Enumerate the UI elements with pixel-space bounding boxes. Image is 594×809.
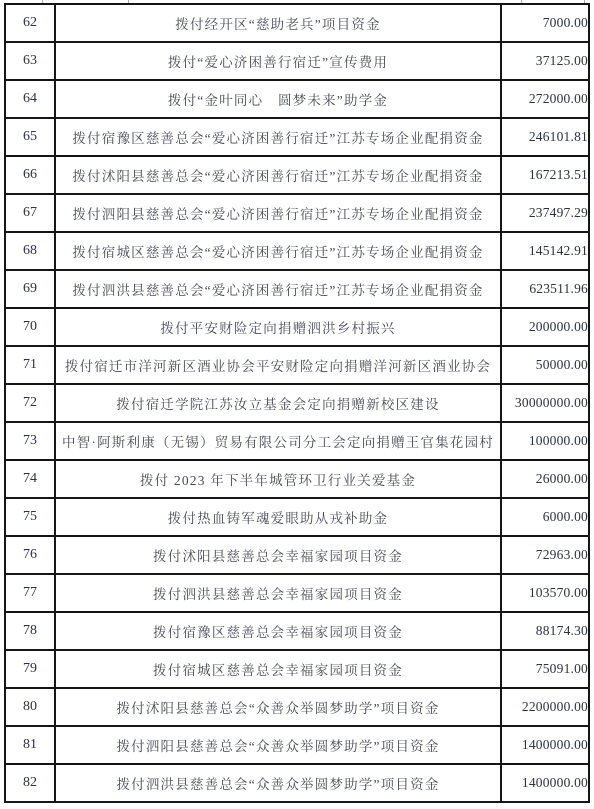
row-amount: 167213.51 <box>501 156 589 194</box>
row-serial-number: 63 <box>5 42 55 80</box>
row-amount: 237497.29 <box>501 194 589 232</box>
row-amount: 6000.00 <box>501 498 589 536</box>
row-description: 拨付平安财险定向捐赠泗洪乡村振兴 <box>55 308 501 346</box>
row-amount: 7000.00 <box>501 4 589 42</box>
scanned-document-page: 62 拨付经开区“慈助老兵”项目资金 7000.00 63 拨付“爱心济困善行宿… <box>0 0 594 809</box>
row-description: 拨付热血铸军魂爱眼助从戎补助金 <box>55 498 501 536</box>
row-amount: 100000.00 <box>501 422 589 460</box>
row-amount: 272000.00 <box>501 80 589 118</box>
row-description: 拨付 2023 年下半年城管环卫行业关爱基金 <box>55 460 501 498</box>
row-description: 拨付宿迁学院江苏汝立基金会定向捐赠新校区建设 <box>55 384 501 422</box>
row-serial-number: 68 <box>5 232 55 270</box>
row-serial-number: 74 <box>5 460 55 498</box>
row-amount: 2200000.00 <box>501 688 589 726</box>
table-row: 82 拨付泗洪县慈善总会“众善众举圆梦助学”项目资金 1400000.00 <box>5 764 589 802</box>
table-row: 78 拨付宿豫区慈善总会幸福家园项目资金 88174.30 <box>5 612 589 650</box>
row-serial-number: 75 <box>5 498 55 536</box>
row-description: 拨付宿豫区慈善总会幸福家园项目资金 <box>55 612 501 650</box>
row-description: 拨付泗阳县慈善总会“爱心济困善行宿迁”江苏专场企业配捐资金 <box>55 194 501 232</box>
row-amount: 88174.30 <box>501 612 589 650</box>
row-serial-number: 64 <box>5 80 55 118</box>
table-row: 64 拨付“金叶同心 圆梦未来”助学金 272000.00 <box>5 80 589 118</box>
table-row: 72 拨付宿迁学院江苏汝立基金会定向捐赠新校区建设 30000000.00 <box>5 384 589 422</box>
row-amount: 145142.91 <box>501 232 589 270</box>
row-serial-number: 72 <box>5 384 55 422</box>
table-row: 66 拨付沭阳县慈善总会“爱心济困善行宿迁”江苏专场企业配捐资金 167213.… <box>5 156 589 194</box>
row-description: 中智·阿斯利康（无锡）贸易有限公司分工会定向捐赠王官集花园村 <box>55 422 501 460</box>
row-description: 拨付泗洪县慈善总会“爱心济困善行宿迁”江苏专场企业配捐资金 <box>55 270 501 308</box>
row-amount: 75091.00 <box>501 650 589 688</box>
row-description: 拨付泗洪县慈善总会幸福家园项目资金 <box>55 574 501 612</box>
row-amount: 246101.81 <box>501 118 589 156</box>
row-serial-number: 80 <box>5 688 55 726</box>
row-description: 拨付“金叶同心 圆梦未来”助学金 <box>55 80 501 118</box>
row-amount: 103570.00 <box>501 574 589 612</box>
row-description: 拨付沭阳县慈善总会幸福家园项目资金 <box>55 536 501 574</box>
row-description: 拨付沭阳县慈善总会“爱心济困善行宿迁”江苏专场企业配捐资金 <box>55 156 501 194</box>
table-row: 67 拨付泗阳县慈善总会“爱心济困善行宿迁”江苏专场企业配捐资金 237497.… <box>5 194 589 232</box>
row-serial-number: 67 <box>5 194 55 232</box>
row-description: 拨付泗阳县慈善总会“众善众举圆梦助学”项目资金 <box>55 726 501 764</box>
row-serial-number: 62 <box>5 4 55 42</box>
row-amount: 623511.96 <box>501 270 589 308</box>
row-serial-number: 78 <box>5 612 55 650</box>
table-row: 68 拨付宿城区慈善总会“爱心济困善行宿迁”江苏专场企业配捐资金 145142.… <box>5 232 589 270</box>
table-row: 75 拨付热血铸军魂爱眼助从戎补助金 6000.00 <box>5 498 589 536</box>
table-row: 69 拨付泗洪县慈善总会“爱心济困善行宿迁”江苏专场企业配捐资金 623511.… <box>5 270 589 308</box>
table-row: 79 拨付宿城区慈善总会幸福家园项目资金 75091.00 <box>5 650 589 688</box>
row-description: 拨付宿城区慈善总会“爱心济困善行宿迁”江苏专场企业配捐资金 <box>55 232 501 270</box>
row-description: 拨付宿豫区慈善总会“爱心济困善行宿迁”江苏专场企业配捐资金 <box>55 118 501 156</box>
row-description: 拨付宿迁市洋河新区酒业协会平安财险定向捐赠洋河新区酒业协会 <box>55 346 501 384</box>
row-serial-number: 82 <box>5 764 55 802</box>
row-amount: 72963.00 <box>501 536 589 574</box>
row-serial-number: 73 <box>5 422 55 460</box>
row-serial-number: 79 <box>5 650 55 688</box>
table-row: 80 拨付沭阳县慈善总会“众善众举圆梦助学”项目资金 2200000.00 <box>5 688 589 726</box>
row-amount: 26000.00 <box>501 460 589 498</box>
table-row: 74 拨付 2023 年下半年城管环卫行业关爱基金 26000.00 <box>5 460 589 498</box>
table-row: 81 拨付泗阳县慈善总会“众善众举圆梦助学”项目资金 1400000.00 <box>5 726 589 764</box>
table-row: 71 拨付宿迁市洋河新区酒业协会平安财险定向捐赠洋河新区酒业协会 50000.0… <box>5 346 589 384</box>
row-serial-number: 70 <box>5 308 55 346</box>
row-amount: 50000.00 <box>501 346 589 384</box>
table-body: 62 拨付经开区“慈助老兵”项目资金 7000.00 63 拨付“爱心济困善行宿… <box>5 4 589 802</box>
row-amount: 1400000.00 <box>501 764 589 802</box>
table-row: 65 拨付宿豫区慈善总会“爱心济困善行宿迁”江苏专场企业配捐资金 246101.… <box>5 118 589 156</box>
row-description: 拨付泗洪县慈善总会“众善众举圆梦助学”项目资金 <box>55 764 501 802</box>
row-description: 拨付宿城区慈善总会幸福家园项目资金 <box>55 650 501 688</box>
row-description: 拨付经开区“慈助老兵”项目资金 <box>55 4 501 42</box>
row-serial-number: 69 <box>5 270 55 308</box>
row-amount: 30000000.00 <box>501 384 589 422</box>
row-serial-number: 76 <box>5 536 55 574</box>
row-serial-number: 77 <box>5 574 55 612</box>
table-row: 62 拨付经开区“慈助老兵”项目资金 7000.00 <box>5 4 589 42</box>
payments-table: 62 拨付经开区“慈助老兵”项目资金 7000.00 63 拨付“爱心济困善行宿… <box>4 3 590 803</box>
row-amount: 1400000.00 <box>501 726 589 764</box>
row-amount: 200000.00 <box>501 308 589 346</box>
row-serial-number: 66 <box>5 156 55 194</box>
table-row: 70 拨付平安财险定向捐赠泗洪乡村振兴 200000.00 <box>5 308 589 346</box>
row-serial-number: 81 <box>5 726 55 764</box>
row-description: 拨付沭阳县慈善总会“众善众举圆梦助学”项目资金 <box>55 688 501 726</box>
row-amount: 37125.00 <box>501 42 589 80</box>
table-row: 76 拨付沭阳县慈善总会幸福家园项目资金 72963.00 <box>5 536 589 574</box>
row-description: 拨付“爱心济困善行宿迁”宣传费用 <box>55 42 501 80</box>
table-row: 63 拨付“爱心济困善行宿迁”宣传费用 37125.00 <box>5 42 589 80</box>
row-serial-number: 65 <box>5 118 55 156</box>
table-row: 73 中智·阿斯利康（无锡）贸易有限公司分工会定向捐赠王官集花园村 100000… <box>5 422 589 460</box>
table-row: 77 拨付泗洪县慈善总会幸福家园项目资金 103570.00 <box>5 574 589 612</box>
row-serial-number: 71 <box>5 346 55 384</box>
